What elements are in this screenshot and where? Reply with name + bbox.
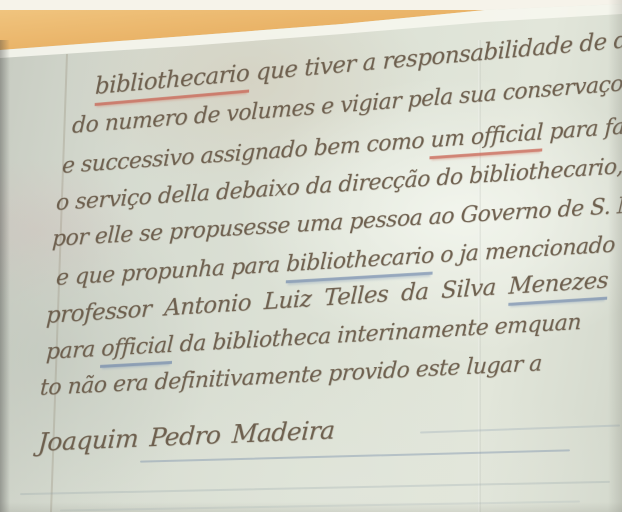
text-segment: o ja mencionado bbox=[433, 233, 615, 269]
photo-shadow-bottom bbox=[0, 502, 622, 512]
text-segment: Joaquim Pedro Madeira bbox=[37, 416, 335, 458]
text-segment: para bbox=[45, 337, 101, 365]
text-segment: da bibliotheca interinamente emquan bbox=[173, 310, 582, 358]
photo-shadow-right bbox=[608, 0, 622, 512]
text-segment: e que propunha para bbox=[55, 252, 286, 291]
manuscript-lines: bibliothecario que tiver a responsabilid… bbox=[0, 0, 622, 512]
underlined-word-red: um official bbox=[430, 120, 543, 159]
underlined-word-blue: Menezes bbox=[508, 268, 609, 306]
manuscript-photo: bibliothecario que tiver a responsabilid… bbox=[0, 0, 622, 512]
underlined-word-blue: official bbox=[100, 333, 173, 368]
underlined-word-red: bibliothecario bbox=[95, 60, 250, 106]
signature-line: Joaquim Pedro Madeira bbox=[37, 416, 335, 458]
photo-shadow-left bbox=[0, 40, 10, 512]
underlined-word-blue: bibliothecario bbox=[285, 243, 434, 283]
